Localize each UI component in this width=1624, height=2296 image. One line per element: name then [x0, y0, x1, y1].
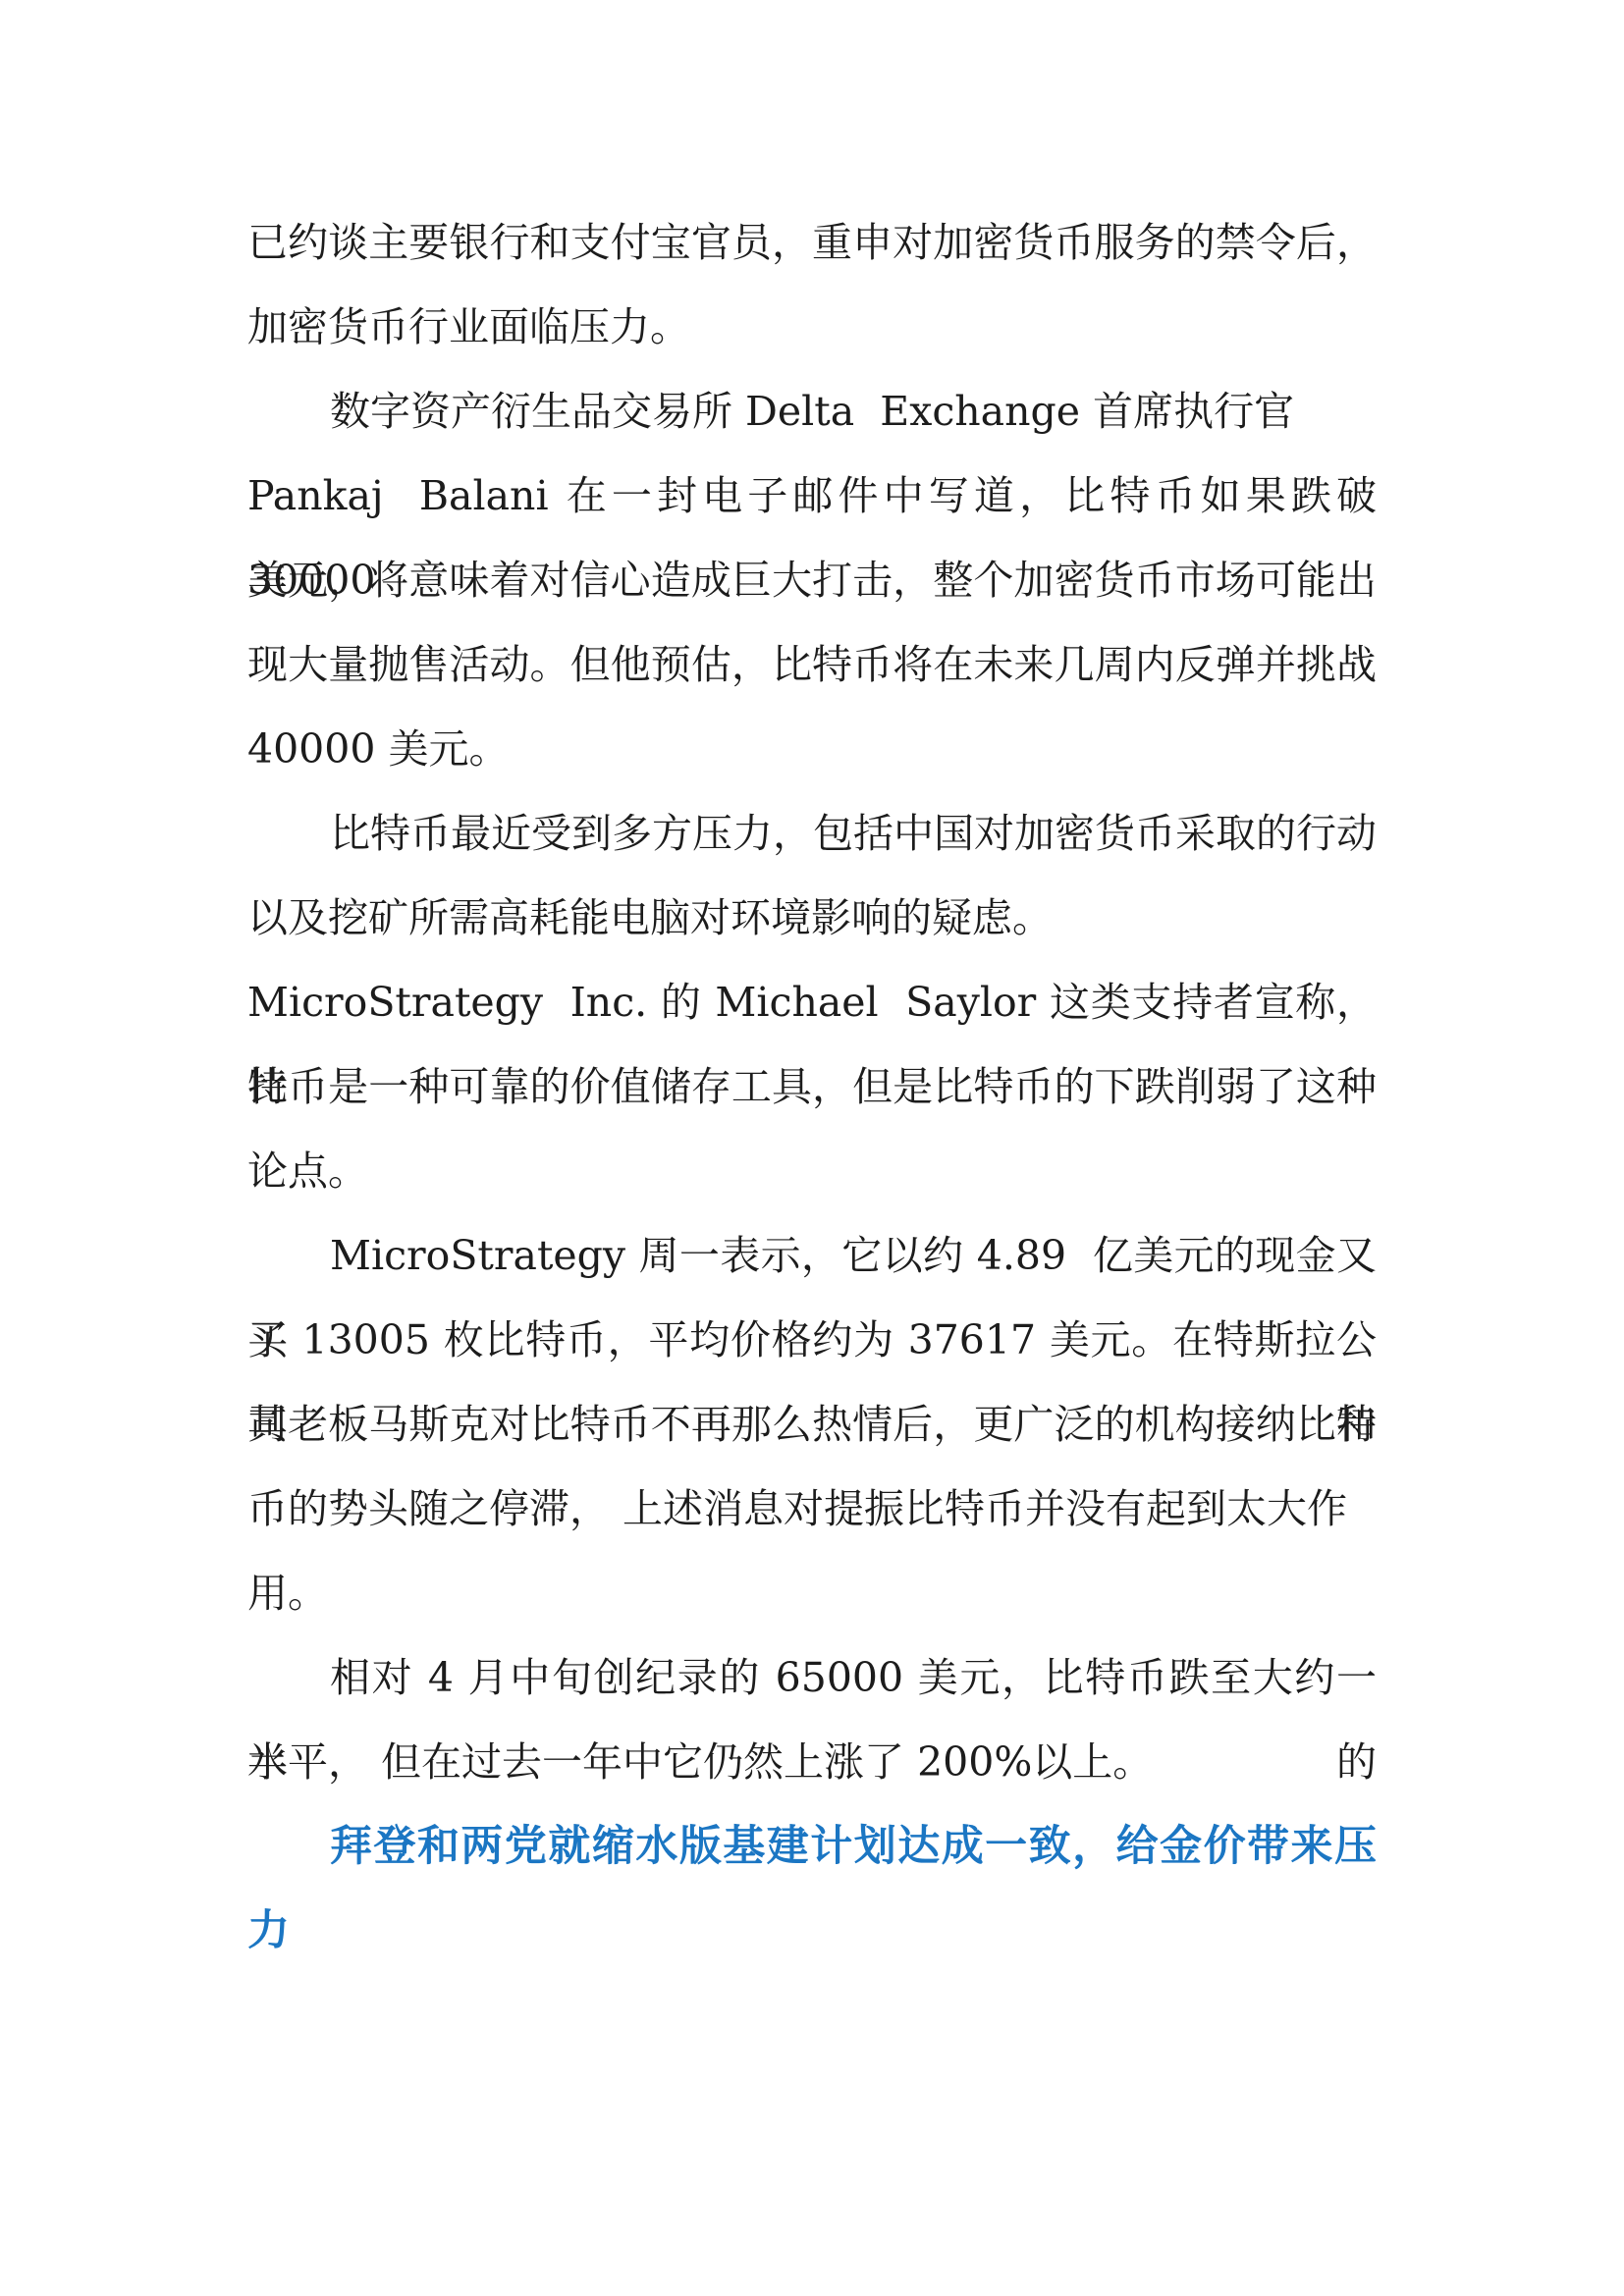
body-line: Pankaj Balani 在一封电子邮件中写道，比特币如果跌破 30000: [247, 454, 1377, 538]
heading-line: 拜登和两党就缩水版基建计划达成一致，给金价带来压: [247, 1804, 1377, 1889]
body-line: 数字资产衍生品交易所 Delta Exchange 首席执行官: [247, 369, 1377, 454]
body-line: 其老板马斯克对比特币不再那么热情后，更广泛的机构接纳比特: [247, 1382, 1377, 1467]
body-line: MicroStrategy 周一表示，它以约 4.89 亿美元的现金又买: [247, 1213, 1377, 1298]
body-line: 特币是一种可靠的价值储存工具，但是比特币的下跌削弱了这种: [247, 1044, 1377, 1129]
body-line: MicroStrategy Inc. 的 Michael Saylor 这类支持…: [247, 960, 1377, 1044]
body-line: 现大量抛售活动。但他预估，比特币将在未来几周内反弹并挑战: [247, 622, 1377, 707]
heading-line: 力: [247, 1889, 1377, 1973]
body-line: 相对 4 月中旬创纪录的 65000 美元，比特币跌至大约一半的: [247, 1635, 1377, 1720]
body-line: 用。: [247, 1551, 1377, 1635]
body-line: 了 13005 枚比特币，平均价格约为 37617 美元。在特斯拉公司和: [247, 1298, 1377, 1382]
body-line: 40000 美元。: [247, 707, 1377, 791]
body-line: 论点。: [247, 1129, 1377, 1213]
body-line: 比特币最近受到多方压力，包括中国对加密货币采取的行动: [247, 791, 1377, 876]
body-line: 已约谈主要银行和支付宝官员，重申对加密货币服务的禁令后，: [247, 200, 1377, 285]
body-line: 美元，将意味着对信心造成巨大打击，整个加密货币市场可能出: [247, 538, 1377, 622]
body-line: 以及挖矿所需高耗能电脑对环境影响的疑虑。: [247, 876, 1377, 960]
document-page: 已约谈主要银行和支付宝官员，重申对加密货币服务的禁令后， 加密货币行业面临压力。…: [0, 0, 1624, 2296]
body-line: 币的势头随之停滞， 上述消息对提振比特币并没有起到太大作: [247, 1467, 1377, 1551]
body-line: 加密货币行业面临压力。: [247, 285, 1377, 369]
text-block: 已约谈主要银行和支付宝官员，重申对加密货币服务的禁令后， 加密货币行业面临压力。…: [247, 200, 1377, 1973]
